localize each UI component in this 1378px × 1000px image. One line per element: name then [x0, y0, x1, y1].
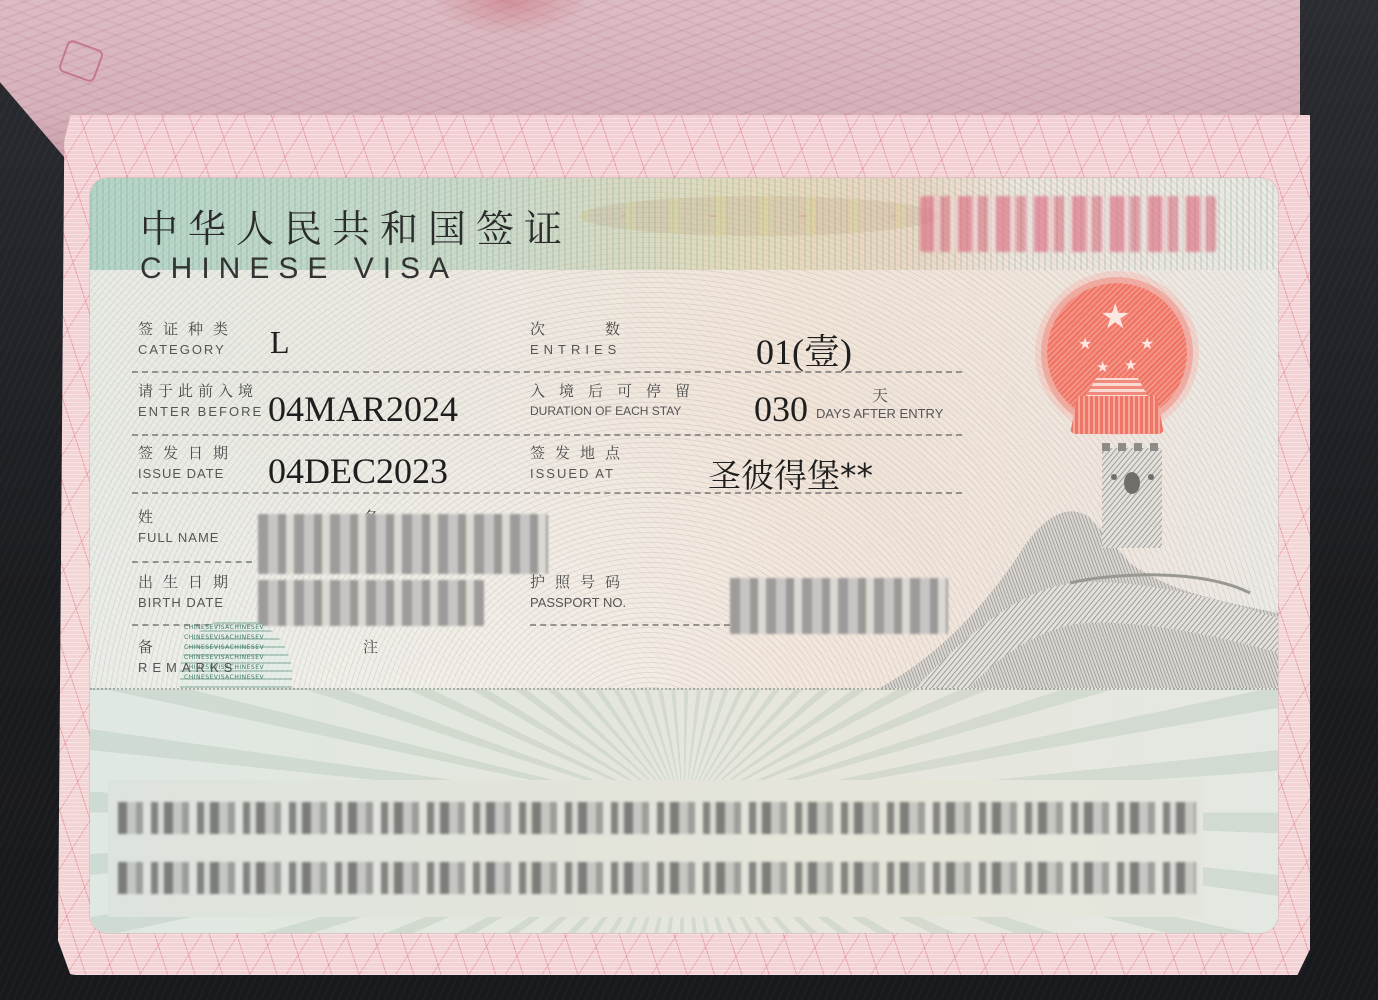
entries-label: 次 数 ENTRIES	[530, 318, 630, 357]
entries-value: 01(壹)	[756, 324, 852, 375]
small-star-icon: ★	[1096, 360, 1109, 375]
row-divider	[132, 492, 962, 494]
visa-number-redacted	[920, 196, 1216, 252]
mrz-line-1-redacted	[118, 802, 1196, 834]
page-stamp-mark	[57, 39, 104, 84]
row-divider	[132, 561, 252, 563]
remarks-label: 备 注 REMARKS	[138, 636, 438, 675]
issue-date-label: 签发日期 ISSUE DATE	[138, 442, 238, 481]
full-name-redacted	[258, 514, 548, 574]
great-wall-illustration	[870, 443, 1278, 693]
duration-value: 030	[754, 388, 808, 430]
issued-at-value: 圣彼得堡**	[708, 450, 873, 497]
small-star-icon: ★	[1140, 336, 1154, 352]
birth-date-label: 出生日期 BIRTH DATE	[138, 571, 238, 610]
enter-before-label: 请于此前入境 ENTER BEFORE	[138, 380, 263, 419]
passport-no-redacted	[730, 578, 948, 634]
visa-sticker: 中华人民共和国签证 CHINESE VISA ★ ★ ★ ★ ★	[90, 178, 1278, 933]
duration-unit-cn: 天	[872, 383, 888, 406]
large-star-icon: ★	[1100, 300, 1130, 334]
duration-unit-en: DAYS AFTER ENTRY	[816, 406, 943, 421]
mrz-redacted-box	[108, 780, 1203, 917]
birth-date-redacted	[258, 580, 484, 626]
national-emblem-icon: ★ ★ ★ ★ ★	[1042, 278, 1192, 436]
row-divider	[132, 434, 962, 436]
category-value: L	[270, 324, 290, 361]
page-decorative-motif	[430, 0, 590, 36]
small-star-icon: ★	[1124, 358, 1137, 373]
visa-title-english: CHINESE VISA	[140, 252, 458, 286]
header-wave-ornament	[580, 196, 940, 236]
small-star-icon: ★	[1078, 336, 1092, 352]
issued-at-label: 签发地点 ISSUED AT	[530, 442, 630, 481]
row-divider	[530, 624, 730, 626]
duration-label: 入境后可停留 DURATION OF EACH STAY	[530, 380, 704, 418]
row-divider	[132, 371, 962, 373]
enter-before-value: 04MAR2024	[268, 388, 458, 430]
passport-no-label: 护照号码 PASSPORT NO.	[530, 571, 630, 610]
emblem-base	[1070, 396, 1164, 434]
mrz-line-2-redacted	[118, 862, 1196, 894]
machine-readable-zone	[90, 688, 1278, 933]
issue-date-value: 04DEC2023	[268, 450, 448, 492]
visa-title-chinese: 中华人民共和国签证	[140, 198, 572, 253]
category-label: 签证种类 CATEGORY	[138, 318, 238, 357]
